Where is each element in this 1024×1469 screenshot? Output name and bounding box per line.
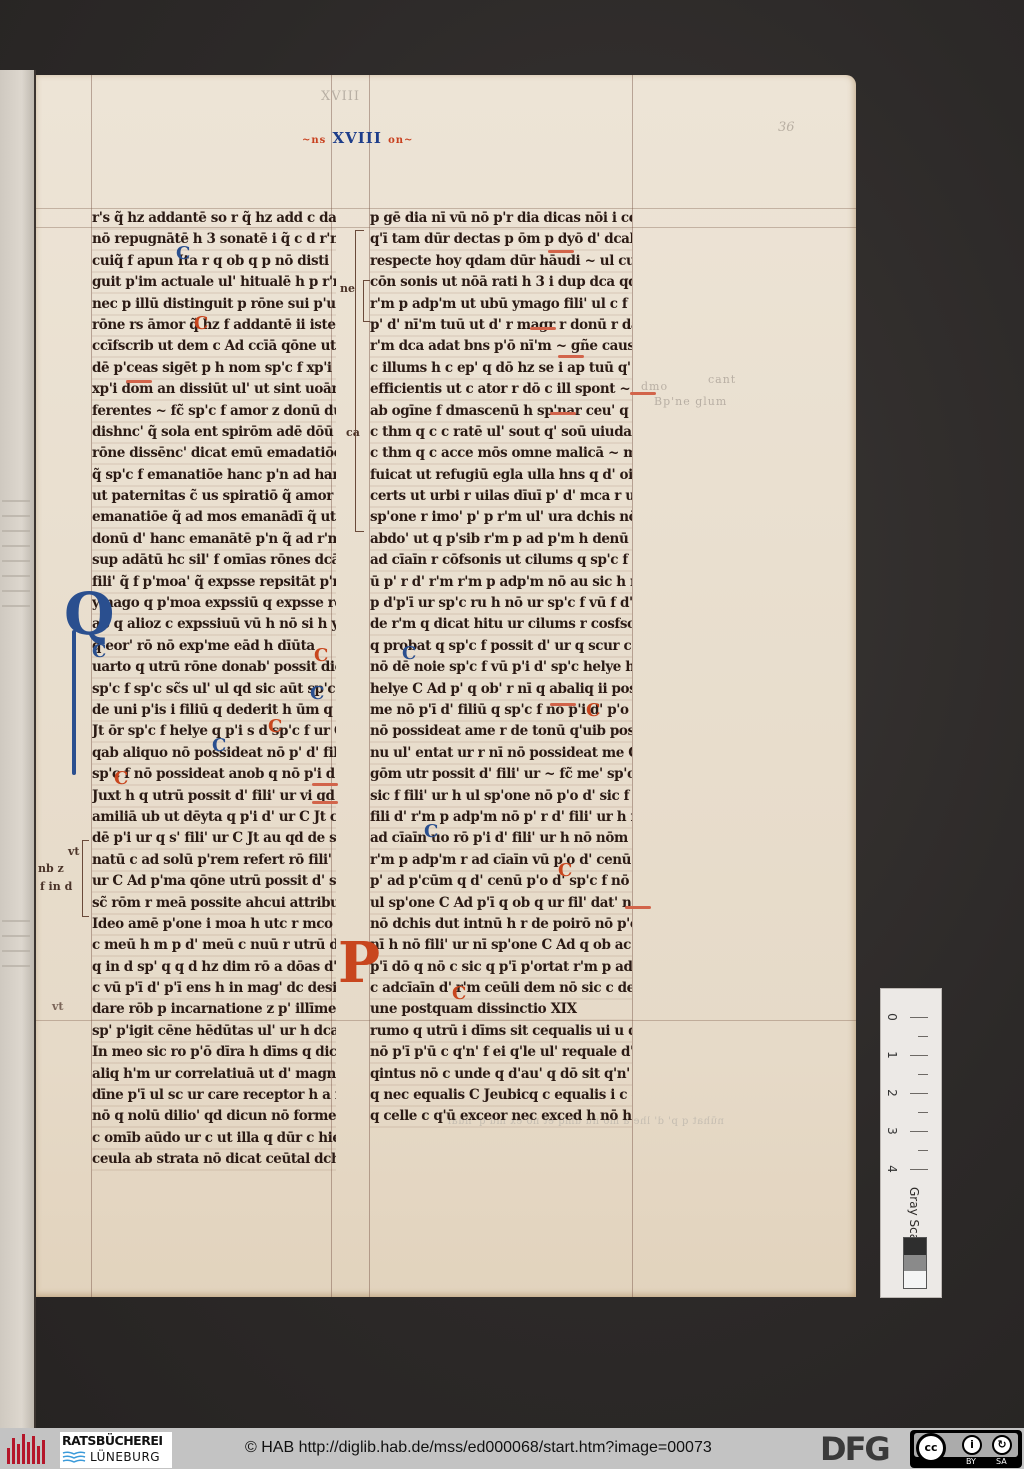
swatch-light xyxy=(904,1271,926,1288)
paragraph-mark-red: C xyxy=(452,985,466,1003)
paragraph-mark-red: C xyxy=(114,770,128,788)
folio-number: 36 xyxy=(778,120,795,135)
text-line: ul sp'one C Ad p'ī q ob q ur fil' dat' n… xyxy=(370,892,632,914)
text-line: fili' q̃ f p'moa' q̃ expsse repsitāt p'r… xyxy=(92,571,336,593)
text-line: ab q alioz c expssiuū vū h nō si h ymo xyxy=(92,614,336,636)
marginal-bracket xyxy=(82,840,89,917)
red-paraph xyxy=(558,355,584,358)
text-line: p d'p'ī ur sp'c ru h nō ur sp'c f vū f d… xyxy=(370,592,632,614)
running-head-flourish-right: on~ xyxy=(388,135,413,146)
text-line: sic f fili' ur h ul sp'one nō p'o d' sic… xyxy=(370,785,632,807)
marginal-bracket xyxy=(355,230,364,532)
text-line: ad cīaīn uo rō p'i d' fili' ur h nō nōm … xyxy=(370,828,632,850)
text-line: qintus nō c unde q d'au' q dō sit q'n' m… xyxy=(370,1063,632,1085)
paragraph-mark-blue: C xyxy=(92,643,106,661)
text-line: rōne rs āmor q̃ hz f addantē ii iste rs … xyxy=(92,314,336,336)
ruler-label: 3 xyxy=(885,1125,899,1137)
copyright-link[interactable]: © HAB http://diglib.hab.de/mss/ed000068/… xyxy=(245,1439,712,1457)
text-line: sp' p'igit cēne hēdūtas ul' ur h dcal' n… xyxy=(92,1020,336,1042)
ruler-label: 1 xyxy=(885,1049,899,1061)
red-paraph xyxy=(550,412,576,415)
text-line: q in d sp' q q d hz dim rō a dōas d' xyxy=(92,956,336,978)
red-paraph xyxy=(126,380,152,383)
gray-scale-reference-card: 0 1 2 3 4 Gray Scale xyxy=(880,988,942,1298)
running-head: ~ns XVIII on~ xyxy=(302,129,413,147)
text-line: p' ad p'cūm q d' cenū p'o d' sp'c f nō n… xyxy=(370,871,632,893)
text-line: ut paternitas c̃ us spiratiō q̃ amor d' … xyxy=(92,486,336,508)
text-line: guit p'im actuale ul' hitualē h p r'm ap… xyxy=(92,272,336,294)
cc-icon: cc xyxy=(916,1433,946,1463)
text-line: nī h nō fili' ur nī sp'one C Ad q ob ac xyxy=(370,935,632,957)
red-paraph xyxy=(530,327,556,330)
open-book-icon xyxy=(62,1451,86,1465)
text-line: r'm p adp'm ut ubū ymago fili' ul c f dc… xyxy=(370,293,632,315)
running-head-flourish-left: ~ns xyxy=(302,135,326,146)
text-line: de r'm q dicat hitu ur cilums r cosfsoni… xyxy=(370,614,632,636)
by-label: BY xyxy=(966,1457,976,1466)
text-line: p gē dia nī vū nō p'r dia dicas nōi i ce… xyxy=(370,207,632,229)
share-alike-icon: ↻ xyxy=(992,1435,1012,1455)
initial-P-red: P xyxy=(338,935,380,991)
text-line: q eor' rō nō exp'me eād h dīūta xyxy=(92,635,336,657)
text-line: c meū h m p d' meū c nuū r utrū de omib xyxy=(92,935,336,957)
text-line: ad cīaīn r cōfsonis ut cilums q sp'c f s… xyxy=(370,550,632,572)
cc-by-sa-license-badge[interactable]: cc i ↻ BY SA xyxy=(910,1430,1022,1468)
text-line: ab ogīne f dmascenū h sp'nar ceu' q dō d… xyxy=(370,400,632,422)
left-text-column: r's q̃ hz addantē so r q̃ hz add c dat n… xyxy=(92,208,336,1171)
text-line: efficientis ut c ator r dō c ill spont ~… xyxy=(370,379,632,401)
gray-scale-swatches xyxy=(903,1237,927,1289)
pencil-margin-note-3: Bp'ne glum xyxy=(654,395,727,408)
text-line: gōm utr possit d' fili' ur ~ fc̃ me' sp'… xyxy=(370,764,632,786)
text-line: c thm q c acce mōs omne malicā ~ mos p a… xyxy=(370,443,632,465)
text-line: cōn sonis ut nōā rati h 3 i dup dca qdi … xyxy=(370,272,632,294)
text-line: sup adātū hc sil' f omīas rōnes dcā xyxy=(92,550,336,572)
paragraph-mark-red: C xyxy=(268,718,282,736)
red-paraph xyxy=(312,801,338,804)
paragraph-mark-blue: C xyxy=(176,245,190,263)
library-city: LÜNEBURG xyxy=(90,1450,160,1464)
centimeter-ruler: 0 1 2 3 4 xyxy=(908,1009,928,1179)
text-line: q'ī tam dūr dectas p ōm p dyō d' dcal c … xyxy=(370,229,632,251)
swatch-mid xyxy=(904,1255,926,1272)
paragraph-mark-blue: C xyxy=(424,823,438,841)
paragraph-mark-blue: C xyxy=(310,685,324,703)
text-line: c illums h c ep' q dō hz se i ap tuū q' … xyxy=(370,357,632,379)
text-line: certs ut urbi r uilas dīuī p' d' mca r u… xyxy=(370,486,632,508)
text-line: q celle c q'ū exceor nec exced h nō hunb xyxy=(370,1106,632,1128)
text-line: natū c ad solū p'rem refert rō fili' p'i… xyxy=(92,849,336,871)
text-line: Ideo amē p'one i moa h utc r mco d has xyxy=(92,913,336,935)
paragraph-mark-red: C xyxy=(314,647,328,665)
text-line: r'm dca adat bns p'ō nī'm ~ gñe causend … xyxy=(370,336,632,358)
red-paraph xyxy=(630,392,656,395)
footer-bar: RATSBÜCHEREI LÜNEBURG © HAB http://digli… xyxy=(0,1428,1024,1469)
margin-note: vt xyxy=(68,845,79,858)
red-paraph xyxy=(548,250,574,253)
paragraph-mark-red: C xyxy=(194,315,208,333)
initial-Q-tail-flourish xyxy=(72,630,76,775)
paragraph-mark-blue: C xyxy=(212,737,226,755)
text-line: c vū p'ī d' p'ī ens h in mag' dc desilio xyxy=(92,978,336,1000)
text-line: rumo q utrū i dīms sit cequalis ui u q xyxy=(370,1020,632,1042)
section-heading: une postquam dissinctio XIX xyxy=(370,999,632,1021)
ruler-label: 2 xyxy=(885,1087,899,1099)
text-line: p'ī dō q nō c sic q p'ī p'ortat r'm p ad… xyxy=(370,956,632,978)
margin-note: ne xyxy=(340,282,355,295)
attribution-person-icon: i xyxy=(962,1435,982,1455)
red-paraph xyxy=(550,703,576,706)
text-line: ū p' r d' r'm r'm p adp'm nō au sic h no… xyxy=(370,571,632,593)
ruler-label: 0 xyxy=(885,1011,899,1023)
text-line: aliq h'm ur correlatiuā ut d' magn' r' l… xyxy=(92,1063,336,1085)
text-line: q̃ sp'c f emanatiōe hanc p'n ad hanc xyxy=(92,464,336,486)
text-line: ccīfscrib ut dem c Ad ccīā qōne utrū ei xyxy=(92,336,336,358)
text-line: r's q̃ hz addantē so r q̃ hz add c dat xyxy=(92,207,336,229)
red-paraph xyxy=(625,906,651,909)
text-line: nō q nolū dilio' qd dicun nō forme xyxy=(92,1106,336,1128)
text-line: sc̃ rōm r meā possite ahcui attribui d' xyxy=(92,892,336,914)
sa-label: SA xyxy=(996,1457,1007,1466)
paragraph-mark-red: C xyxy=(586,702,600,720)
paragraph-mark-blue: C xyxy=(402,645,416,663)
text-line: donū d' hanc emanātē p'n q̃ ad r'm donat… xyxy=(92,528,336,550)
pencil-margin-note-2: cant xyxy=(708,373,736,386)
library-logo[interactable]: RATSBÜCHEREI LÜNEBURG xyxy=(60,1432,172,1468)
text-line: sp'one r imo' p' p r'm ul' ura dchis nō xyxy=(370,507,632,529)
text-line: cuiq̃ f apun Ita r q ob q p nō disti xyxy=(92,250,336,272)
text-line: nec p illū distinguit p rōne sui p'ut h … xyxy=(92,293,336,315)
paragraph-mark-red: C xyxy=(558,862,572,880)
text-line: uarto q utrū rōne donab' possit dici xyxy=(92,657,336,679)
text-line: ceula ab strata nō dicat ceūtal dchis n' xyxy=(92,1149,336,1171)
text-line: sp'c f sp'c sc̃s ul' ul qd sic aūt sp'c … xyxy=(92,678,336,700)
text-line: ferentes ~ fc̃ sp'c f amor z donū dūr em… xyxy=(92,400,336,422)
text-line: c omīb aūdo ur c ut illa q dūr c hieno' … xyxy=(92,1127,336,1149)
text-line: ymago q p'moa expssiū q expsse repsitat xyxy=(92,592,336,614)
text-line: abdo' ut q p'sib r'm p ad p'm h denū q d… xyxy=(370,528,632,550)
text-line: nō possideat ame r de tonū q'uib possu d… xyxy=(370,721,632,743)
text-line: de uni p'is i filiū q dederit h ūm q acc… xyxy=(92,699,336,721)
text-line: c thm q c c ratē ul' sout q' soū uiuda ~ xyxy=(370,421,632,443)
text-line: respecte hoy qdam dūr hāudi ~ ul cupia xyxy=(370,250,632,272)
marginal-bracket xyxy=(363,280,370,322)
red-paraph xyxy=(312,783,338,786)
text-line: dare rōb p incarnatione z p' illīme de f… xyxy=(92,999,336,1021)
text-line: helye C Ad p' q ob' r nī q abaliq ii pos… xyxy=(370,678,632,700)
ruler-label: 4 xyxy=(885,1163,899,1175)
text-line: fili d' r'm p adp'm nō p' r d' fili' ur … xyxy=(370,806,632,828)
margin-note: f in d xyxy=(40,880,72,893)
library-name: RATSBÜCHEREI xyxy=(62,1433,163,1448)
text-line: nō dchis dut intnū h r de poirō nō p'o d… xyxy=(370,913,632,935)
margin-note: vt xyxy=(52,1000,63,1013)
margin-note: nb z xyxy=(38,862,64,875)
ratsbuecherei-logo-icon xyxy=(5,1432,47,1466)
text-line: p' d' nī'm tuū ut d' r magr r donū r dat… xyxy=(370,314,632,336)
text-line: dē p'ceas sigēt p h nom sp'c f xp'i amor… xyxy=(92,357,336,379)
dfg-logo[interactable]: DFG xyxy=(820,1431,889,1467)
text-line: dē p'i ur q s' fili' ur C Jt au qd de so… xyxy=(92,828,336,850)
text-line: emanatiōe q̃ ad mos emanādī q̃ ut nec q̃ xyxy=(92,507,336,529)
text-line: nō p'ī p'ū c q'n' f ei q'le ul' requale … xyxy=(370,1042,632,1064)
text-line: In meo sic ro p'ō dīra h dīms q dicat xyxy=(92,1042,336,1064)
text-line: nu ul' entat ur r nī nō possideat me C A… xyxy=(370,742,632,764)
pencil-quire-note: XVIII xyxy=(321,89,360,104)
text-line: ur C Ad p'ma qōne utrū possit d' sp'c f xyxy=(92,871,336,893)
text-line: sp'c f nō possideat anob q nō p'i d' ur … xyxy=(92,764,336,786)
text-line: dīne p'ī ul sc ur care receptor h a nō d… xyxy=(92,1084,336,1106)
text-line: rōne dissēnc' dicat emū emadatiōe h diss… xyxy=(92,443,336,465)
facing-page-edge xyxy=(0,70,36,1428)
text-line: c adcīaīn d' r'm ceūli dem nō sic c de f… xyxy=(370,978,632,1000)
text-line: fuicat ut refugiū egla ulla hns q d' oib… xyxy=(370,464,632,486)
swatch-dark xyxy=(904,1238,926,1255)
text-line: q nec equalis C Jeubicq c equalis i c om… xyxy=(370,1084,632,1106)
text-line: amiliā ub ut dēyta q p'i d' ur C Jt ccīt xyxy=(92,806,336,828)
text-line: Juxt h q utrū possit d' fili' ur vi qd s… xyxy=(92,785,336,807)
text-line: dishnc' q̃ sola ent spirōm adē dōū xyxy=(92,421,336,443)
text-line: nō repugnātē h 3 sonatē i q̃ c d r'm ad … xyxy=(92,229,336,251)
running-head-numeral: XVIII xyxy=(333,129,382,147)
text-line: r'm p adp'm r ad cīaīn vū p'o d' cenū xp… xyxy=(370,849,632,871)
right-text-column: p gē dia nī vū nō p'r dia dicas nōi i ce… xyxy=(370,208,632,1128)
